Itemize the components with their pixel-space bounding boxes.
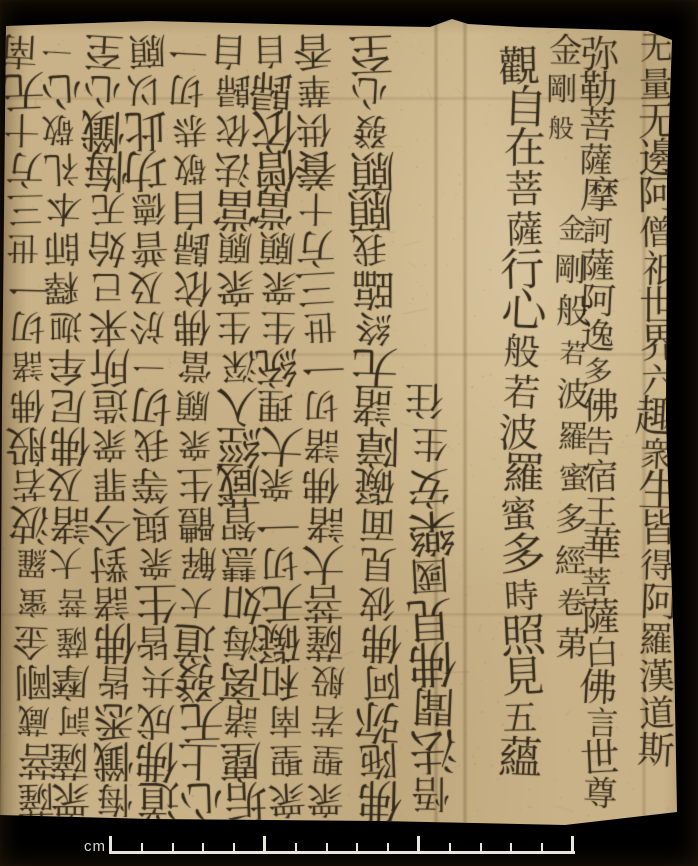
scale-tick [109, 836, 112, 854]
scale-baseline [110, 851, 575, 854]
scale-tick [356, 843, 358, 854]
manuscript-text-canvas [0, 0, 698, 866]
scale-tick [571, 836, 574, 854]
scale-tick [510, 843, 512, 854]
scale-tick [480, 843, 482, 854]
scale-tick [233, 843, 235, 854]
scale-tick [141, 843, 143, 854]
scale-tick [541, 843, 543, 854]
scale-tick [295, 843, 297, 854]
scale-unit-label: cm [84, 838, 106, 855]
scale-tick [387, 843, 389, 854]
scale-tick [202, 843, 204, 854]
scale-tick [326, 843, 328, 854]
manuscript-paper [0, 0, 698, 866]
scale-tick [417, 836, 420, 854]
scale-tick [449, 843, 451, 854]
scale-tick [263, 836, 266, 854]
manuscript-photo: cm [0, 0, 698, 866]
scale-tick [172, 843, 174, 854]
